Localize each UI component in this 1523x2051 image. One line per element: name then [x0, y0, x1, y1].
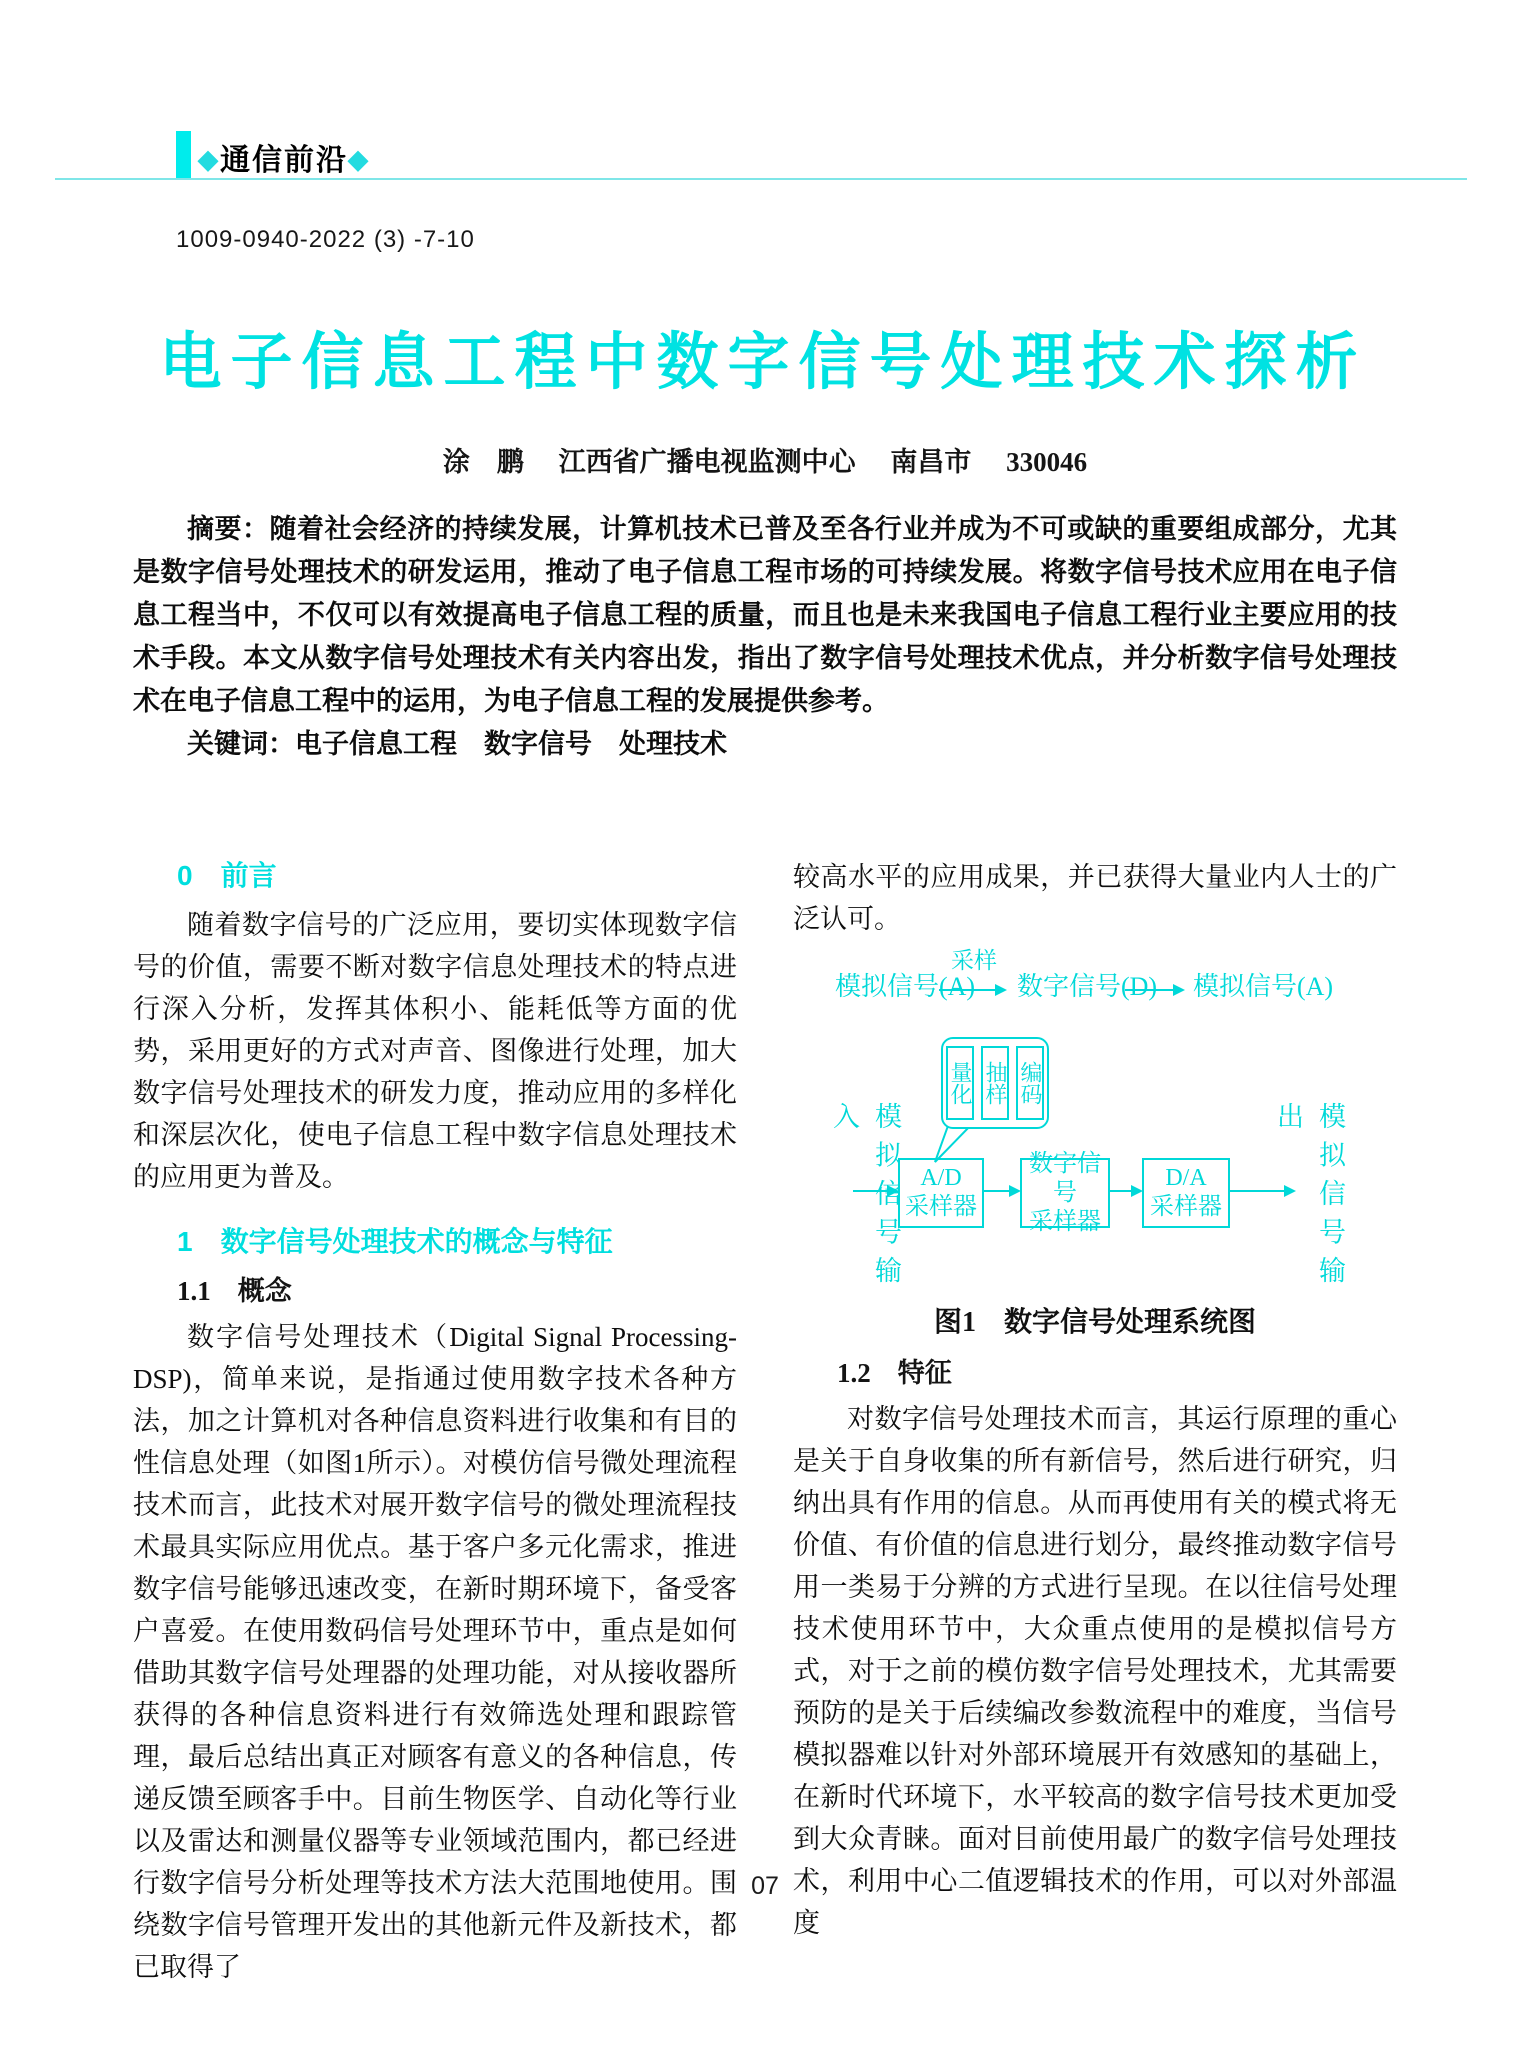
flow-box-da-sampler: D/A 采样器 — [1142, 1158, 1230, 1228]
flow-box-line: 采样器 — [1029, 1208, 1101, 1237]
figure-caption: 图1 数字信号处理系统图 — [793, 1302, 1397, 1344]
author-affiliation: 江西省广播电视监测中心 — [559, 447, 856, 477]
flow-arrow — [982, 1190, 1019, 1192]
flow-box-line: 采样器 — [905, 1193, 977, 1222]
subsection-heading-1-2: 1.2 特征 — [837, 1354, 1397, 1392]
callout-box-quantize: 量化 — [946, 1046, 974, 1120]
right-column: 较高水平的应用成果，并已获得大量业内人士的广泛认可。 模拟信号(A) 采样 数字… — [793, 856, 1397, 1944]
abstract-label: 摘要： — [187, 514, 270, 544]
features-paragraph: 对数字信号处理技术而言，其运行原理的重心是关于自身收集的所有新信号，然后进行研究… — [793, 1398, 1397, 1944]
callout-bubble: 量化 抽样 编码 — [941, 1037, 1049, 1129]
abstract-text: 随着社会经济的持续发展，计算机技术已普及至各行业并成为不可或缺的重要组成部分，尤… — [133, 514, 1397, 716]
callout-box-encode: 编码 — [1016, 1046, 1044, 1120]
diagram-node-digital-d: 数字信号(D) — [1017, 974, 1157, 1000]
page-number: 07 — [133, 1872, 1397, 1901]
badge-label: 通信前沿 — [220, 144, 348, 177]
flow-arrow — [853, 1190, 897, 1192]
author-postcode: 330046 — [1006, 447, 1087, 477]
article-id: 1009-0940-2022 (3) -7-10 — [176, 226, 475, 254]
flow-arrow — [939, 989, 1005, 991]
diamond-icon: ◆ — [348, 144, 370, 174]
flow-box-line: 采样器 — [1150, 1193, 1222, 1222]
flow-box-line: A/D — [920, 1164, 961, 1193]
author-name: 涂 鹏 — [443, 447, 524, 477]
header-rule — [55, 178, 1467, 180]
keywords-text: 电子信息工程 数字信号 处理技术 — [295, 729, 727, 759]
section-heading-1: 1 数字信号处理技术的概念与特征 — [177, 1222, 737, 1262]
signal-processing-diagram: 模拟信号(A) 采样 数字信号(D) 模拟信号(A) 量化 抽样 编码 模拟信号… — [793, 954, 1397, 1302]
flow-arrow — [1108, 1190, 1141, 1192]
keywords-label: 关键词： — [187, 729, 295, 759]
intro-paragraph: 随着数字信号的广泛应用，要切实体现数字信号的价值，需要不断对数字信息处理技术的特… — [133, 904, 737, 1198]
concept-paragraph-continuation: 较高水平的应用成果，并已获得大量业内人士的广泛认可。 — [793, 856, 1397, 940]
flow-box-dsp-sampler: 数字信号 采样器 — [1020, 1158, 1110, 1228]
callout-box-sample: 抽样 — [981, 1046, 1009, 1120]
author-city: 南昌市 — [890, 447, 971, 477]
paper-page: ◆通信前沿◆ 1009-0940-2022 (3) -7-10 电子信息工程中数… — [0, 0, 1523, 2051]
byline: 涂 鹏 江西省广播电视监测中心 南昌市 330046 — [133, 440, 1397, 479]
keywords-line: 关键词：电子信息工程 数字信号 处理技术 — [133, 723, 1397, 766]
subsection-heading-1-1: 1.1 概念 — [177, 1272, 737, 1310]
flow-arrow — [1125, 989, 1183, 991]
diagram-output-label: 模拟信号输出 — [1267, 1102, 1351, 1287]
diagram-node-analog-a1: 模拟信号(A) — [835, 974, 975, 1000]
diamond-icon: ◆ — [198, 144, 220, 174]
abstract-paragraph: 摘要：随着社会经济的持续发展，计算机技术已普及至各行业并成为不可或缺的重要组成部… — [133, 508, 1397, 723]
figure-1: 模拟信号(A) 采样 数字信号(D) 模拟信号(A) 量化 抽样 编码 模拟信号… — [793, 954, 1397, 1344]
diagram-arrow-label-sampling: 采样 — [951, 948, 997, 974]
flow-arrow — [1228, 1190, 1294, 1192]
column-badge: ◆通信前沿◆ — [198, 135, 370, 179]
diagram-node-analog-a2: 模拟信号(A) — [1193, 974, 1333, 1000]
section-heading-0: 0 前言 — [177, 856, 737, 896]
flow-box-ad-sampler: A/D 采样器 — [898, 1158, 984, 1228]
paper-title: 电子信息工程中数字信号处理技术探析 — [120, 312, 1406, 401]
abstract-block: 摘要：随着社会经济的持续发展，计算机技术已普及至各行业并成为不可或缺的重要组成部… — [133, 508, 1397, 766]
left-column: 0 前言 随着数字信号的广泛应用，要切实体现数字信号的价值，需要不断对数字信息处… — [133, 856, 737, 1988]
flow-box-line: 数字信号 — [1022, 1150, 1108, 1208]
header-accent-bar — [176, 131, 191, 179]
flow-box-line: D/A — [1165, 1164, 1206, 1193]
